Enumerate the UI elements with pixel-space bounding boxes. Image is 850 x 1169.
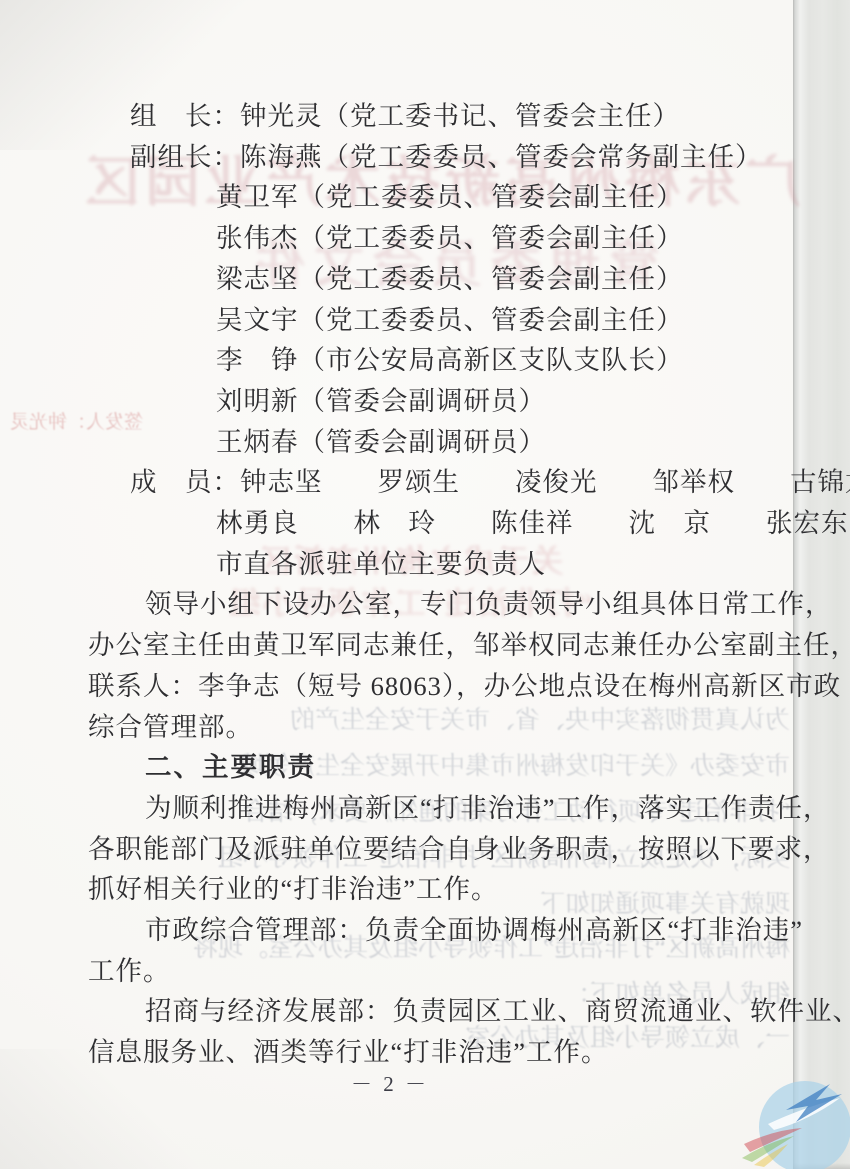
body-line: 信息服务业、酒类等行业“打非治违”工作。 [88,1032,800,1073]
body-line: 工作。 [88,951,800,992]
scanned-document-page: 广东梅州高新技术产业园区 管理委员会文件 签发人：钟光灵 关于成立梅州高新区 “… [0,0,850,1169]
roster-line: 吴文宇（党工委委员、管委会副主任） [88,300,800,341]
roster-line: 黄卫军（党工委委员、管委会副主任） [88,177,800,218]
body-line: 为顺利推进梅州高新区“打非治违”工作，落实工作责任， [88,788,800,829]
body-line: 各职能部门及派驻单位要结合自身业务职责，按照以下要求， [88,829,800,870]
roster-line-deputy: 副组长：陈海燕（党工委委员、管委会常务副主任） [88,137,800,178]
roster-line: 李 铮（市公安局高新区支队支队长） [88,340,800,381]
roster-line: 张伟杰（党工委委员、管委会副主任） [88,218,800,259]
body-line: 抓好相关行业的“打非治违”工作。 [88,869,800,910]
section-heading: 二、主要职责 [88,747,800,788]
roster-line: 刘明新（管委会副调研员） [88,381,800,422]
body-line: 办公室主任由黄卫军同志兼任，邹举权同志兼任办公室副主任， [88,625,800,666]
roster-line-members: 成 员：钟志坚 罗颂生 凌俊光 邹举权 古锦龙 [88,462,800,503]
body-line: 市政综合管理部：负责全面协调梅州高新区“打非治违” [88,910,800,951]
roster-line-leader: 组 长：钟光灵（党工委书记、管委会主任） [88,96,800,137]
body-line: 领导小组下设办公室，专门负责领导小组具体日常工作， [88,584,800,625]
page-number: － 2 － [330,1068,450,1098]
roster-line: 梁志坚（党工委委员、管委会副主任） [88,259,800,300]
roster-line: 王炳春（管委会副调研员） [88,422,800,463]
body-line: 综合管理部。 [88,707,800,748]
document-body: 组 长：钟光灵（党工委书记、管委会主任） 副组长：陈海燕（党工委委员、管委会常务… [88,96,800,1073]
roster-line-members: 市直各派驻单位主要负责人 [88,544,800,585]
scanner-logo-watermark [742,1070,850,1169]
body-line: 联系人：李争志（短号 68063），办公地点设在梅州高新区市政 [88,666,800,707]
roster-line-members: 林勇良 林 玲 陈佳祥 沈 京 张宏东 [88,503,800,544]
body-line: 招商与经济发展部：负责园区工业、商贸流通业、软件业、 [88,991,800,1032]
